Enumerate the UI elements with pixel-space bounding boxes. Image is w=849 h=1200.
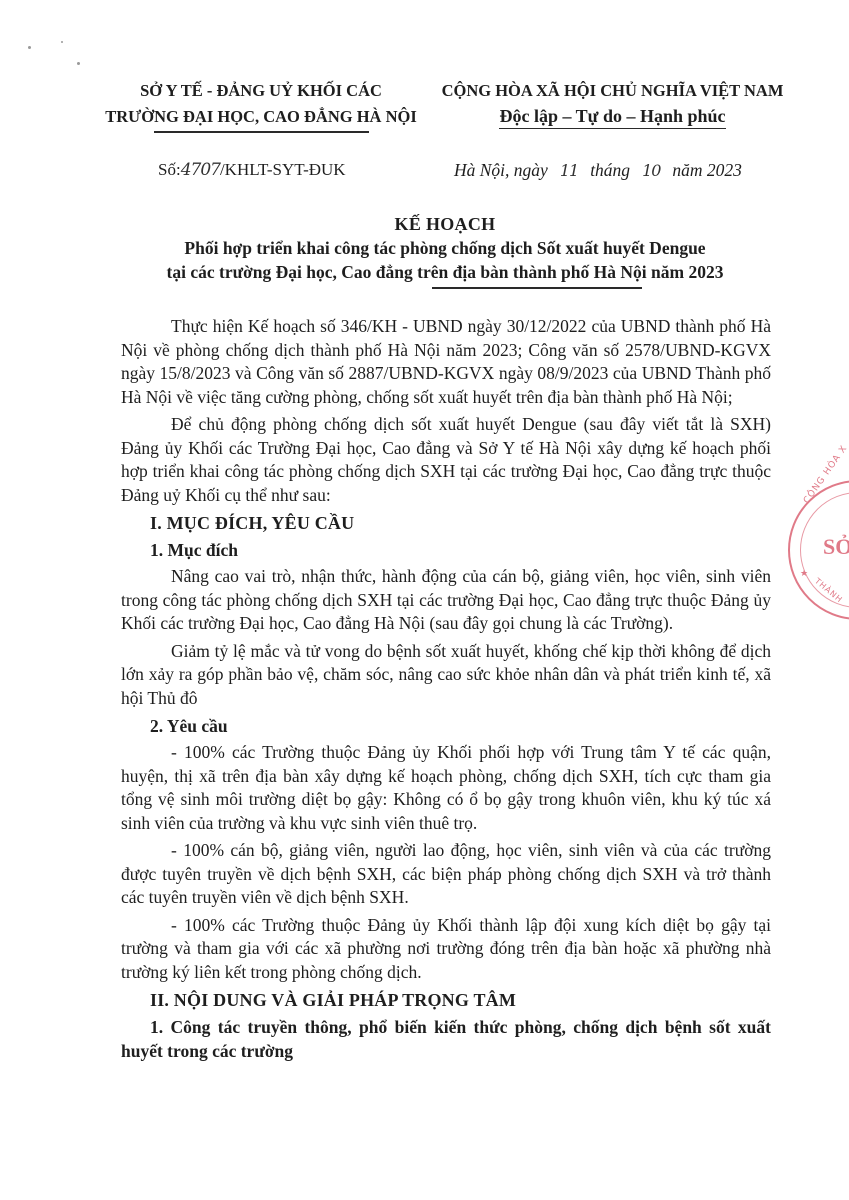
requirement-item: - 100% các Trường thuộc Đảng ủy Khối phố… [121, 741, 771, 835]
subsection-heading-requirements: 2. Yêu cầu [121, 714, 771, 738]
purpose-paragraph: Giảm tỷ lệ mắc và tử vong do bệnh sốt xu… [121, 640, 771, 711]
agency-line-2: TRƯỜNG ĐẠI HỌC, CAO ĐẲNG HÀ NỘI [96, 104, 426, 130]
date-year: năm 2023 [672, 160, 742, 180]
agency-line-1: SỞ Y TẾ - ĐẢNG UỶ KHỐI CÁC [96, 78, 426, 104]
purpose-paragraph: Nâng cao vai trò, nhận thức, hành động c… [121, 565, 771, 636]
doc-number-suffix: /KHLT-SYT-ĐUK [220, 160, 346, 179]
national-header: CỘNG HÒA XÃ HỘI CHỦ NGHĨA VIỆT NAM Độc l… [425, 78, 800, 130]
scan-speck [77, 62, 80, 65]
seal-center-text: SỞ [823, 534, 849, 560]
scan-speck [61, 41, 63, 43]
seal-star-icon: ★ [800, 568, 808, 579]
date-line: Hà Nội, ngày11tháng10năm 2023 [452, 160, 744, 181]
document-number: Số:4707/KHLT-SYT-ĐUK [158, 160, 346, 180]
doc-number-handwritten: 4707 [181, 160, 220, 180]
title-underline [432, 287, 642, 289]
issuing-agency: SỞ Y TẾ - ĐẢNG UỶ KHỐI CÁC TRƯỜNG ĐẠI HỌ… [96, 78, 426, 133]
requirement-item: - 100% các Trường thuộc Đảng ủy Khối thà… [121, 914, 771, 985]
doc-number-prefix: Số: [158, 160, 181, 179]
agency-underline [154, 131, 369, 133]
document-body: Thực hiện Kế hoạch số 346/KH - UBND ngày… [121, 315, 771, 1066]
document-title: KẾ HOẠCH Phối hợp triển khai công tác ph… [120, 212, 770, 289]
national-motto: Độc lập – Tự do – Hạnh phúc [499, 104, 725, 129]
title-line-1: Phối hợp triển khai công tác phòng chống… [120, 236, 770, 260]
subsection-heading-purpose: 1. Mục đích [121, 538, 771, 562]
date-place: Hà Nội, ngày [454, 160, 548, 180]
nation-line: CỘNG HÒA XÃ HỘI CHỦ NGHĨA VIỆT NAM [425, 78, 800, 104]
section-heading-2: II. NỘI DUNG VÀ GIẢI PHÁP TRỌNG TÂM [121, 988, 771, 1012]
section-heading-1: I. MỤC ĐÍCH, YÊU CẦU [121, 511, 771, 535]
scan-speck [28, 46, 31, 49]
title-line-2: tại các trường Đại học, Cao đẳng trên đị… [120, 260, 770, 284]
requirement-item: - 100% cán bộ, giảng viên, người lao độn… [121, 839, 771, 910]
official-seal-stamp: CỘNG HÒA X SỞ ★ THÀNH [788, 480, 849, 620]
date-day: 11 [560, 161, 578, 180]
subsection-heading-communication: 1. Công tác truyền thông, phổ biến kiến … [121, 1015, 771, 1063]
date-month-label: tháng [590, 160, 630, 180]
title-main: KẾ HOẠCH [120, 212, 770, 236]
intro-paragraph: Để chủ động phòng chống dịch sốt xuất hu… [121, 413, 771, 507]
date-month: 10 [642, 161, 660, 180]
intro-paragraph: Thực hiện Kế hoạch số 346/KH - UBND ngày… [121, 315, 771, 409]
